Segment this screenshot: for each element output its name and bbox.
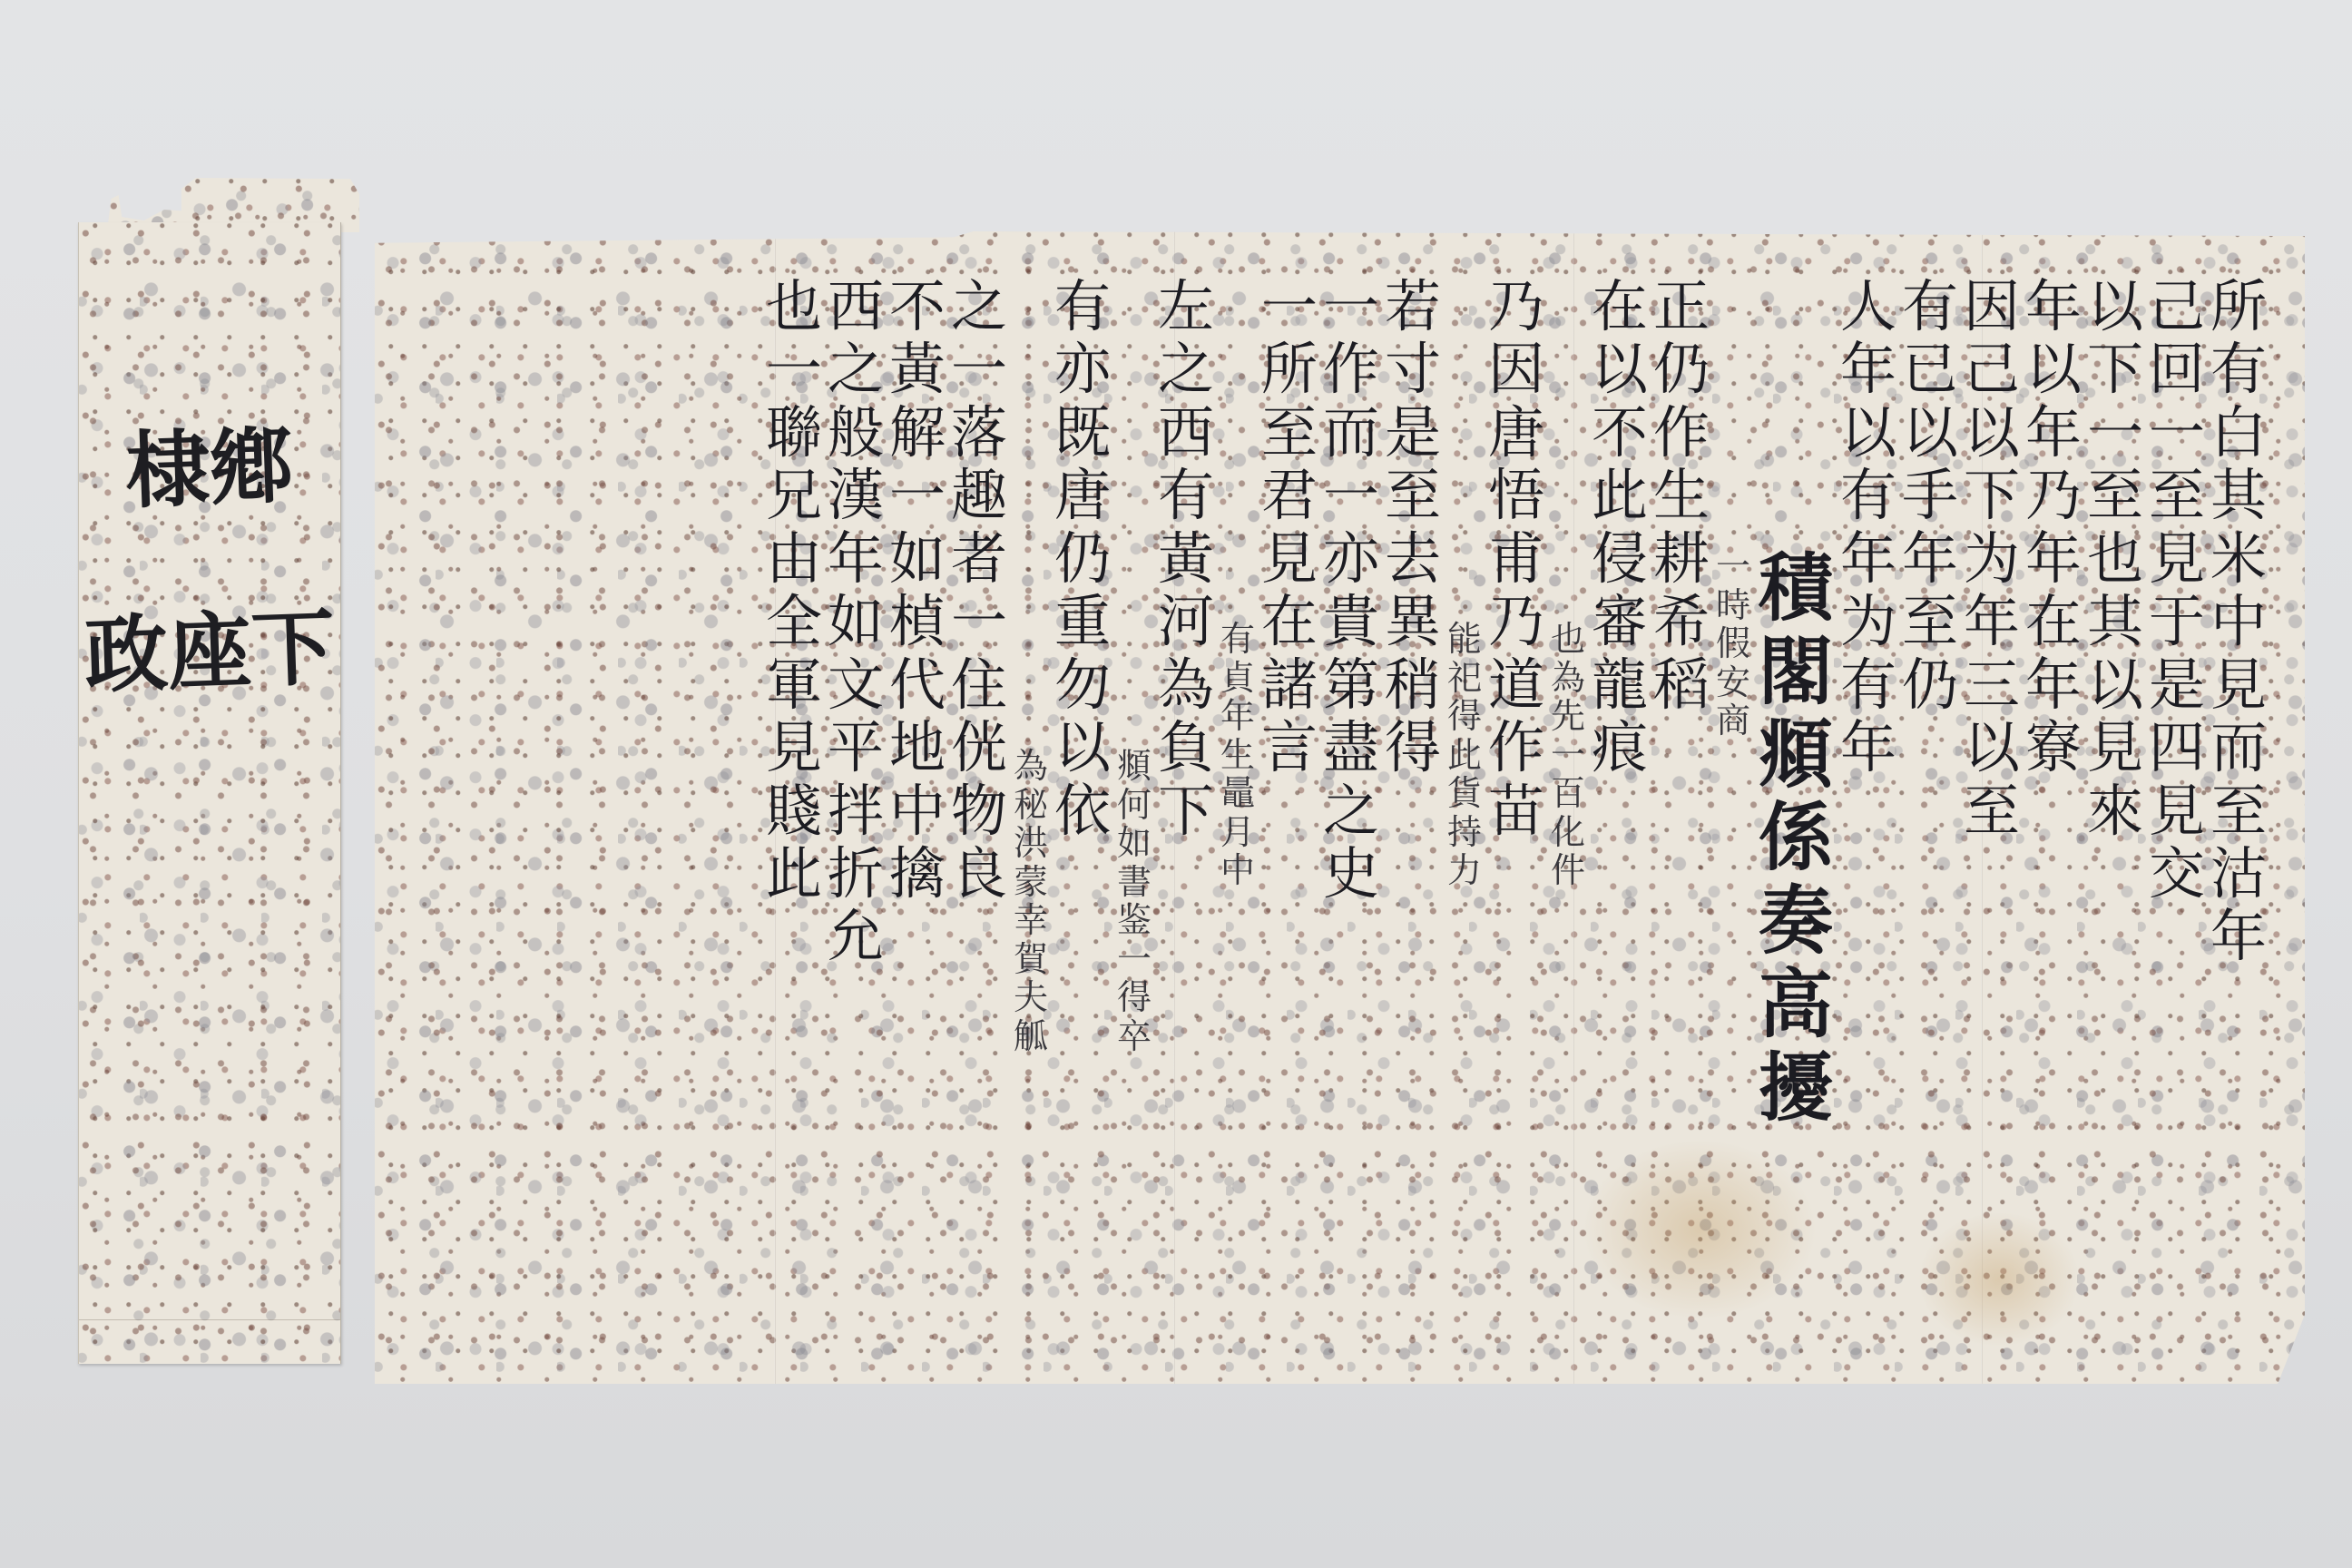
calligraphy-character: 黃	[1158, 527, 1214, 590]
calligraphy-character: 一	[1117, 940, 1151, 979]
calligraphy-character: 般	[828, 401, 884, 464]
calligraphy-character: 時	[1716, 586, 1750, 625]
calligraphy-character: 幸	[1014, 901, 1048, 940]
calligraphy-character: 中	[1220, 851, 1255, 890]
calligraphy-character: 以	[1054, 716, 1111, 779]
calligraphy-character: 有	[1158, 464, 1214, 526]
calligraphy-character: 貨	[1447, 774, 1482, 813]
calligraphy-character: 在	[1261, 590, 1318, 652]
letter-column: 所有白其米中見而至沽年	[2209, 275, 2269, 1357]
calligraphy-character: 由	[766, 527, 822, 590]
calligraphy-character: 乃	[2025, 464, 2082, 526]
calligraphy-character: 稍	[1385, 653, 1441, 716]
calligraphy-character: 件	[1551, 851, 1585, 890]
calligraphy-character: 得	[1117, 978, 1151, 1017]
calligraphy-character: 道	[1488, 653, 1544, 716]
calligraphy-character: 年	[2025, 275, 2082, 338]
calligraphy-character: 勿	[1054, 653, 1111, 716]
calligraphy-character: 在	[2025, 590, 2082, 652]
calligraphy-character: 夫	[1014, 978, 1048, 1017]
calligraphy-character: 年	[2025, 527, 2082, 590]
calligraphy-character: 以	[2025, 338, 2082, 400]
calligraphy-character: 亦	[1054, 338, 1111, 400]
calligraphy-character: 而	[1323, 401, 1379, 464]
calligraphy-character: 一	[1323, 275, 1379, 338]
calligraphy-character: 書	[1117, 863, 1151, 902]
calligraphy-character: 至	[1261, 401, 1318, 464]
calligraphy-character: 年	[1220, 697, 1255, 736]
calligraphy-character: 之	[828, 338, 884, 400]
calligraphy-character: 第	[1323, 653, 1379, 716]
letter-column: 在以不此侵審龍痕	[1590, 275, 1650, 1357]
calligraphy-character: 一	[1716, 547, 1750, 586]
calligraphy-character: 有	[1840, 653, 1896, 716]
calligraphy-character: 亦	[1323, 527, 1379, 590]
letter-column: 一作而一亦貴第盡之史	[1321, 275, 1381, 1357]
calligraphy-character: 而	[2210, 716, 2267, 779]
calligraphy-character: 正	[1653, 275, 1710, 338]
calligraphy-character: 化	[1551, 813, 1585, 852]
letter-column: 一所至君見在諸言	[1259, 275, 1319, 1357]
calligraphy-character: 因	[1488, 338, 1544, 400]
calligraphy-character: 聯	[766, 401, 822, 464]
calligraphy-character: 能	[1447, 620, 1482, 659]
calligraphy-character: 者	[951, 527, 1007, 590]
calligraphy-character: 以	[1902, 401, 1958, 464]
calligraphy-character: 卒	[1117, 1017, 1151, 1056]
calligraphy-character: 作	[1653, 401, 1710, 464]
calligraphy-character: 此	[766, 842, 822, 905]
calligraphy-character: 良	[951, 842, 1007, 905]
letter-column-annotation: 一時假安商	[1713, 275, 1753, 1357]
calligraphy-character: 以	[1964, 401, 2020, 464]
letter-column-large: 積閣頫係奏高擾	[1755, 275, 1837, 1357]
letter-column-annotation: 能祀得此貨持力	[1445, 275, 1485, 1357]
letter-column: 因己以下为年三以至	[1962, 275, 2022, 1357]
calligraphy-character: 有	[1840, 464, 1896, 526]
calligraphy-character: 至	[2210, 779, 2267, 842]
calligraphy-character: 祀	[1447, 659, 1482, 698]
calligraphy-character: 物	[951, 779, 1007, 842]
calligraphy-character: 因	[1964, 275, 2020, 338]
calligraphy-character: 秘	[1014, 786, 1048, 825]
calligraphy-character: 年	[2025, 653, 2082, 716]
calligraphy-character: 龍	[1592, 653, 1648, 716]
calligraphy-character: 不	[1592, 401, 1648, 464]
calligraphy-character: 侊	[951, 716, 1007, 779]
calligraphy-character: 貞	[1220, 659, 1255, 698]
calligraphy-character: 地	[889, 716, 946, 779]
calligraphy-character: 中	[2210, 590, 2267, 652]
calligraphy-character: 也	[1551, 620, 1585, 659]
calligraphy-character: 甫	[1488, 527, 1544, 590]
letter-column-annotation: 為秘洪蒙幸賀夫觚	[1011, 275, 1051, 1357]
calligraphy-character: 先	[1551, 697, 1585, 736]
calligraphy-character: 賤	[766, 779, 822, 842]
calligraphy-character: 至	[1902, 590, 1958, 652]
letter-column: 若寸是至去異稍得	[1383, 275, 1443, 1357]
calligraphy-character: 其	[2210, 464, 2267, 526]
calligraphy-character: 依	[1054, 779, 1111, 842]
calligraphy-character: 賀	[1014, 940, 1048, 979]
calligraphy-character: 頫	[1759, 714, 1833, 798]
calligraphy-character: 有	[1054, 275, 1111, 338]
letter-text: 所有白其米中見而至沽年 己回一至見于是四見交 以下一至也其以見來 年以年乃年在年…	[375, 231, 2305, 1384]
calligraphy-character: 一	[1551, 736, 1585, 775]
calligraphy-character: 力	[1447, 851, 1482, 890]
calligraphy-character: 代	[889, 653, 946, 716]
calligraphy-character: 己	[1964, 338, 2020, 400]
calligraphy-character: 白	[2210, 401, 2267, 464]
calligraphy-character: 下	[2087, 338, 2143, 400]
calligraphy-character: 年	[1964, 590, 2020, 652]
calligraphy-character: 一	[951, 590, 1007, 652]
calligraphy-character: 中	[889, 779, 946, 842]
calligraphy-character: 擒	[889, 842, 946, 905]
calligraphy-character: 異	[1385, 590, 1441, 652]
calligraphy-character: 落	[951, 401, 1007, 464]
calligraphy-character: 漢	[828, 464, 884, 526]
calligraphy-character: 來	[2087, 779, 2143, 842]
letter-column-annotation: 也為先一百化件	[1548, 275, 1588, 1357]
letter-column: 乃因唐悟甫乃道作苗	[1486, 275, 1546, 1357]
calligraphy-character: 不	[889, 275, 946, 338]
calligraphy-character: 見	[1261, 527, 1318, 590]
letter-column: 也一聯兄由全軍見賤此	[764, 275, 824, 1357]
calligraphy-character: 閣	[1759, 631, 1833, 714]
calligraphy-character: 以	[2087, 653, 2143, 716]
calligraphy-character: 唐	[1488, 401, 1544, 464]
calligraphy-character: 黃	[889, 338, 946, 400]
calligraphy-character: 楨	[889, 590, 946, 652]
calligraphy-character: 于	[2149, 590, 2205, 652]
calligraphy-character: 兄	[766, 464, 822, 526]
calligraphy-character: 一	[889, 464, 946, 526]
calligraphy-character: 以	[1840, 401, 1896, 464]
calligraphy-character: 見	[2087, 716, 2143, 779]
letter-column: 有亦既唐仍重勿以依	[1053, 275, 1112, 1357]
calligraphy-character: 平	[828, 716, 884, 779]
calligraphy-character: 何	[1117, 786, 1151, 825]
calligraphy-character: 至	[2087, 464, 2143, 526]
calligraphy-character: 其	[2087, 590, 2143, 652]
letter-column: 之一落趣者一住侊物良	[949, 275, 1009, 1357]
calligraphy-character: 年	[1840, 338, 1896, 400]
letter-column: 己回一至見于是四見交	[2147, 275, 2207, 1357]
letter-sheet: 所有白其米中見而至沽年 己回一至見于是四見交 以下一至也其以見來 年以年乃年在年…	[375, 231, 2305, 1384]
calligraphy-character: 至	[1964, 779, 2020, 842]
calligraphy-character: 之	[1323, 779, 1379, 842]
letter-column: 西之般漢年如文平拌折允	[826, 275, 886, 1357]
calligraphy-character: 為	[1158, 653, 1214, 716]
calligraphy-character: 仍	[1054, 527, 1111, 590]
calligraphy-character: 三	[1964, 653, 2020, 716]
calligraphy-character: 沽	[2210, 842, 2267, 905]
calligraphy-character: 寮	[2025, 716, 2082, 779]
calligraphy-character: 以	[2087, 275, 2143, 338]
calligraphy-character: 既	[1054, 401, 1111, 464]
calligraphy-character: 為	[1014, 747, 1048, 786]
calligraphy-character: 住	[951, 653, 1007, 716]
calligraphy-character: 至	[1385, 464, 1441, 526]
calligraphy-character: 安	[1716, 663, 1750, 702]
calligraphy-character: 已	[1902, 338, 1958, 400]
letter-column: 以下一至也其以見來	[2085, 275, 2145, 1357]
letter-column-annotation: 有貞年生鼂月中	[1218, 275, 1258, 1357]
calligraphy-character: 君	[1261, 464, 1318, 526]
calligraphy-character: 重	[1054, 590, 1111, 652]
letter-column-annotation: 頫何如書鉴一得卒	[1114, 275, 1154, 1357]
calligraphy-character: 生	[1220, 736, 1255, 775]
calligraphy-character: 在	[1592, 275, 1648, 338]
calligraphy-character: 鼂	[1220, 774, 1255, 813]
calligraphy-character: 至	[2149, 464, 2205, 526]
calligraphy-character: 是	[1385, 401, 1441, 464]
calligraphy-character: 己	[2149, 275, 2205, 338]
calligraphy-character: 手	[1902, 464, 1958, 526]
calligraphy-character: 觚	[1014, 1017, 1048, 1056]
calligraphy-character: 河	[1158, 590, 1214, 652]
calligraphy-character: 月	[1220, 813, 1255, 852]
calligraphy-character: 所	[2210, 275, 2267, 338]
calligraphy-character: 也	[2087, 527, 2143, 590]
calligraphy-character: 軍	[766, 653, 822, 716]
calligraphy-character: 一	[951, 338, 1007, 400]
calligraphy-character: 如	[1117, 824, 1151, 863]
calligraphy-character: 係	[1759, 797, 1833, 880]
calligraphy-character: 乃	[1488, 590, 1544, 652]
calligraphy-character: 生	[1653, 464, 1710, 526]
envelope-address-honorific: 政座下	[83, 596, 337, 707]
calligraphy-character: 奏	[1759, 880, 1833, 964]
calligraphy-character: 有	[2210, 338, 2267, 400]
calligraphy-character: 去	[1385, 527, 1441, 590]
calligraphy-character: 言	[1261, 716, 1318, 779]
calligraphy-character: 是	[2149, 653, 2205, 716]
calligraphy-character: 仍	[1902, 653, 1958, 716]
calligraphy-character: 諸	[1261, 653, 1318, 716]
envelope: 棣鄕 政座下	[78, 222, 341, 1364]
calligraphy-character: 米	[2210, 527, 2267, 590]
calligraphy-character: 年	[2210, 905, 2267, 967]
calligraphy-character: 耕	[1653, 527, 1710, 590]
calligraphy-character: 見	[766, 716, 822, 779]
calligraphy-character: 洪	[1014, 824, 1048, 863]
calligraphy-character: 下	[1964, 464, 2020, 526]
calligraphy-character: 年	[1840, 527, 1896, 590]
calligraphy-character: 下	[1158, 779, 1214, 842]
calligraphy-character: 四	[2149, 716, 2205, 779]
calligraphy-character: 为	[1840, 590, 1896, 652]
calligraphy-character: 為	[1551, 659, 1585, 698]
calligraphy-character: 趣	[951, 464, 1007, 526]
calligraphy-character: 審	[1592, 590, 1648, 652]
calligraphy-character: 持	[1447, 813, 1482, 852]
calligraphy-character: 悟	[1488, 464, 1544, 526]
envelope-fold-line	[79, 1319, 340, 1320]
calligraphy-character: 允	[828, 905, 884, 967]
calligraphy-character: 回	[2149, 338, 2205, 400]
calligraphy-character: 蒙	[1014, 863, 1048, 902]
calligraphy-character: 得	[1447, 697, 1482, 736]
calligraphy-character: 人	[1840, 275, 1896, 338]
calligraphy-character: 此	[1447, 736, 1482, 775]
calligraphy-character: 乃	[1488, 275, 1544, 338]
calligraphy-character: 苗	[1488, 779, 1544, 842]
envelope-address: 棣鄕 政座下	[79, 417, 340, 702]
calligraphy-character: 稻	[1653, 653, 1710, 716]
letter-column: 人年以有年为有年	[1838, 275, 1898, 1357]
calligraphy-character: 年	[1840, 716, 1896, 779]
calligraphy-character: 盡	[1323, 716, 1379, 779]
calligraphy-character: 得	[1385, 716, 1441, 779]
calligraphy-character: 寸	[1385, 338, 1441, 400]
calligraphy-character: 負	[1158, 716, 1214, 779]
calligraphy-character: 为	[1964, 527, 2020, 590]
calligraphy-character: 高	[1759, 964, 1833, 1047]
calligraphy-character: 見	[2149, 527, 2205, 590]
letter-column: 不黃解一如楨代地中擒	[887, 275, 947, 1357]
calligraphy-character: 年	[1902, 527, 1958, 590]
calligraphy-character: 作	[1488, 716, 1544, 779]
letter-column: 年以年乃年在年寮	[2024, 275, 2083, 1357]
calligraphy-character: 有	[1902, 275, 1958, 338]
calligraphy-character: 以	[1592, 338, 1648, 400]
letter-column: 有已以手年至仍	[1900, 275, 1960, 1357]
calligraphy-character: 解	[889, 401, 946, 464]
calligraphy-character: 百	[1551, 774, 1585, 813]
envelope-address-recipient: 棣鄕	[124, 415, 295, 523]
calligraphy-character: 一	[766, 338, 822, 400]
calligraphy-character: 若	[1385, 275, 1441, 338]
calligraphy-character: 所	[1261, 338, 1318, 400]
calligraphy-character: 鉴	[1117, 901, 1151, 940]
calligraphy-character: 年	[828, 527, 884, 590]
calligraphy-character: 年	[2025, 401, 2082, 464]
calligraphy-character: 如	[889, 527, 946, 590]
calligraphy-character: 希	[1653, 590, 1710, 652]
calligraphy-character: 之	[1158, 338, 1214, 400]
calligraphy-character: 唐	[1054, 464, 1111, 526]
calligraphy-character: 拌	[828, 779, 884, 842]
calligraphy-character: 頫	[1117, 747, 1151, 786]
calligraphy-character: 商	[1716, 701, 1750, 740]
letter-column: 左之西有黃河為負下	[1156, 275, 1216, 1357]
calligraphy-character: 見	[2210, 653, 2267, 716]
calligraphy-character: 痕	[1592, 716, 1648, 779]
calligraphy-character: 文	[828, 653, 884, 716]
calligraphy-character: 貴	[1323, 590, 1379, 652]
calligraphy-character: 一	[2087, 401, 2143, 464]
calligraphy-character: 折	[828, 842, 884, 905]
calligraphy-character: 史	[1323, 842, 1379, 905]
calligraphy-character: 侵	[1592, 527, 1648, 590]
calligraphy-character: 左	[1158, 275, 1214, 338]
calligraphy-character: 交	[2149, 842, 2205, 905]
calligraphy-character: 一	[2149, 401, 2205, 464]
calligraphy-character: 假	[1716, 624, 1750, 663]
calligraphy-character: 擾	[1759, 1047, 1833, 1131]
calligraphy-character: 一	[1323, 464, 1379, 526]
calligraphy-character: 作	[1323, 338, 1379, 400]
calligraphy-character: 以	[1964, 716, 2020, 779]
calligraphy-character: 一	[1261, 275, 1318, 338]
calligraphy-character: 西	[828, 275, 884, 338]
calligraphy-character: 西	[1158, 401, 1214, 464]
calligraphy-character: 此	[1592, 464, 1648, 526]
letter-column: 正仍作生耕希稻	[1651, 275, 1711, 1357]
calligraphy-character: 也	[766, 275, 822, 338]
calligraphy-character: 之	[951, 275, 1007, 338]
calligraphy-character: 積	[1759, 547, 1833, 631]
calligraphy-character: 有	[1220, 620, 1255, 659]
calligraphy-character: 全	[766, 590, 822, 652]
calligraphy-character: 見	[2149, 779, 2205, 842]
calligraphy-character: 如	[828, 590, 884, 652]
calligraphy-character: 仍	[1653, 338, 1710, 400]
